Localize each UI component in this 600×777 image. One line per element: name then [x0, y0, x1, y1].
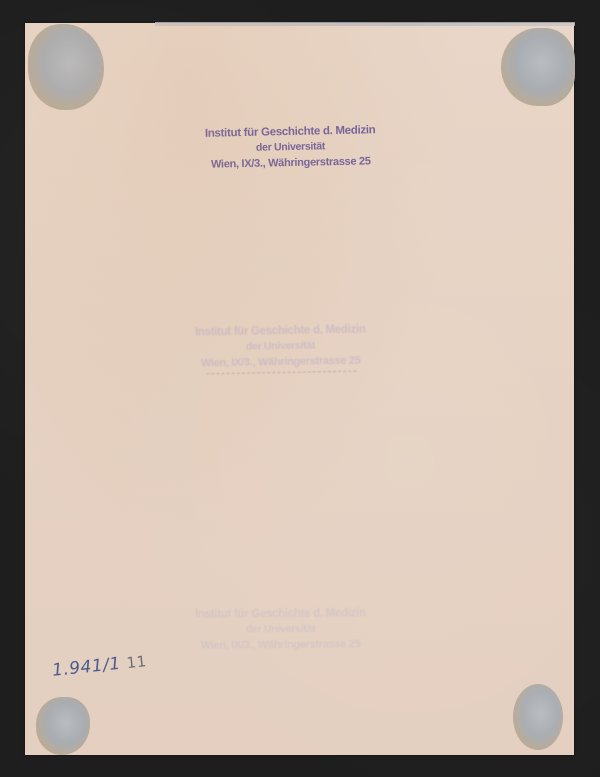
tape-strip — [155, 22, 575, 26]
stamp-line-university: der Universität — [203, 139, 378, 155]
glue-stain-bottom-left — [36, 697, 90, 755]
glue-stain-top-right — [501, 28, 575, 106]
handwritten-inventory-number: 1.941/111 — [51, 651, 147, 681]
glue-stain-bottom-right — [513, 684, 563, 750]
inventory-number: 1.941/1 — [51, 654, 121, 681]
stamp-line-address: Wien, IX/3., Währingerstrasse 25 — [193, 354, 368, 369]
stamp-line-institute: Institut für Geschichte d. Medizin — [193, 323, 368, 338]
institute-stamp-faded-middle: Institut für Geschichte d. Medizin der U… — [193, 323, 369, 374]
inventory-suffix: 11 — [126, 652, 148, 672]
stamp-line-address: Wien, IX/3., Währingerstrasse 25 — [203, 155, 378, 171]
stamp-dashed-rule — [206, 371, 356, 375]
institute-stamp-faded-bottom: Institut für Geschichte d. Medizin der U… — [193, 607, 368, 652]
document-paper: Institut für Geschichte d. Medizin der U… — [25, 23, 574, 755]
glue-stain-top-left — [28, 24, 104, 110]
stamp-line-university: der Universität — [193, 622, 368, 636]
stamp-line-university: der Universität — [193, 338, 368, 353]
stamp-line-institute: Institut für Geschichte d. Medizin — [193, 607, 368, 621]
stamp-line-address: Wien, IX/3., Währingerstrasse 25 — [193, 638, 368, 652]
stamp-line-institute: Institut für Geschichte d. Medizin — [203, 124, 378, 140]
institute-stamp-primary: Institut für Geschichte d. Medizin der U… — [203, 124, 379, 171]
